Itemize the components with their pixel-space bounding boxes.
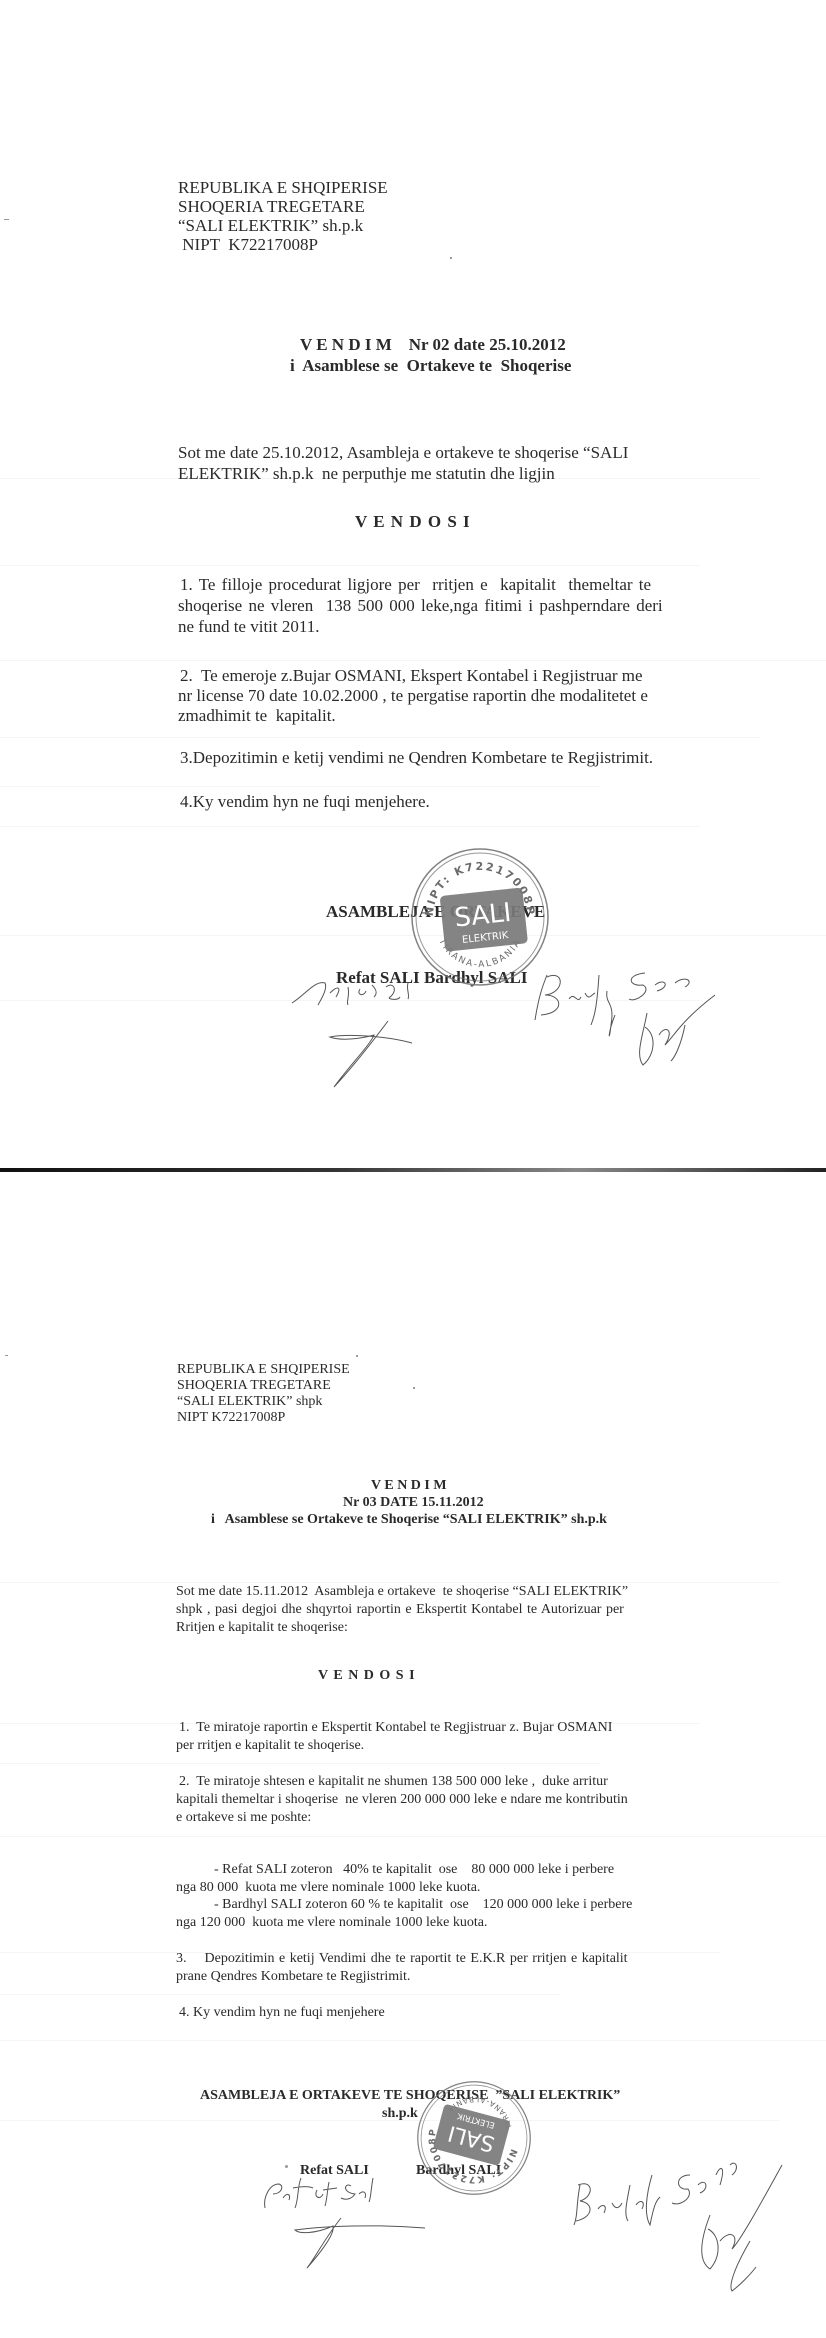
decides-heading: V E N D O S I <box>355 512 471 531</box>
header-company-name: “SALI ELEKTRIK” shpk <box>177 1394 322 1410</box>
decision-title: V E N D I M <box>371 1478 447 1494</box>
assembly-label: ASAMBLEJA E ORTAKEVE TE SHOQERISE ”SALI … <box>200 2088 620 2104</box>
item-line: 1. Te miratoje raportin e Ekspertit Kont… <box>179 1720 612 1736</box>
header-country: REPUBLIKA E SHQIPERISE <box>178 178 388 197</box>
item-line: e ortakeve si me poshte: <box>176 1810 311 1826</box>
decides-heading: V E N D O S I <box>318 1668 416 1684</box>
item-line: shoqerise ne vleren 138 500 000 leke,nga… <box>178 596 663 615</box>
decision-item-4: 4.Ky vendim hyn ne fuqi menjehere. <box>180 792 430 811</box>
header-country: REPUBLIKA E SHQIPERISE <box>177 1362 350 1378</box>
decision-item-3: 3.Depozitimin e ketij vendimi ne Qendren… <box>180 748 653 767</box>
shareholder-bardhyl-line: nga 120 000 kuota me vlere nominale 1000… <box>176 1915 487 1931</box>
shareholder-refat-line: - Refat SALI zoteron 40% te kapitalit os… <box>214 1862 614 1878</box>
signature-refat <box>255 2168 435 2278</box>
item-line: kapitali themeltar i shoqerise ne vleren… <box>176 1792 628 1808</box>
header-company-name: “SALI ELEKTRIK” sh.p.k <box>178 216 363 235</box>
signature-bardhyl <box>560 2145 790 2295</box>
header-nipt: NIPT K72217008P <box>178 235 318 254</box>
shareholder-bardhyl-line: - Bardhyl SALI zoteron 60 % te kapitalit… <box>214 1897 632 1913</box>
intro-line: Sot me date 15.11.2012 Asambleja e ortak… <box>176 1584 628 1600</box>
decision-item-4: 4. Ky vendim hyn ne fuqi menjehere <box>179 2005 385 2021</box>
shareholder-refat-line: nga 80 000 kuota me vlere nominale 1000 … <box>176 1880 480 1896</box>
item-line: nr license 70 date 10.02.2000 , te perga… <box>178 686 648 705</box>
item-line: per rritjen e kapitalit te shoqerise. <box>176 1738 364 1754</box>
svg-text:SALI: SALI <box>453 898 513 934</box>
decision-subtitle: i Asamblese se Ortakeve te Shoqerise <box>290 356 571 375</box>
item-line: 3. Depozitimin e ketij Vendimi dhe te ra… <box>176 1951 628 1967</box>
decision-title: V E N D I M Nr 02 date 25.10.2012 <box>300 335 566 354</box>
intro-line: ELEKTRIK” sh.p.k ne perputhje me statuti… <box>178 464 555 483</box>
item-line: 2. Te emeroje z.Bujar OSMANI, Ekspert Ko… <box>180 666 643 685</box>
item-line: 1. Te filloje procedurat ligjore per rri… <box>180 575 651 594</box>
signature-bardhyl <box>525 965 725 1075</box>
item-line: ne fund te vitit 2011. <box>178 617 320 636</box>
item-line: 2. Te miratoje shtesen e kapitalit ne sh… <box>179 1774 608 1790</box>
header-company-type: SHOQERIA TREGETARE <box>177 1378 331 1394</box>
decision-number: Nr 03 DATE 15.11.2012 <box>343 1495 484 1511</box>
intro-line: Sot me date 25.10.2012, Asambleja e orta… <box>178 443 628 462</box>
header-company-type: SHOQERIA TREGETARE <box>178 197 365 216</box>
signature-refat <box>290 975 440 1095</box>
decision-subtitle: i Asamblese se Ortakeve te Shoqerise “SA… <box>211 1512 607 1528</box>
intro-line: Rritjen e kapitalit te shoqerise: <box>176 1620 348 1636</box>
item-line: prane Qendres Kombetare te Regjistrimit. <box>176 1969 410 1985</box>
item-line: zmadhimit te kapitalit. <box>178 706 336 725</box>
intro-line: shpk , pasi degjoi dhe shqyrtoi raportin… <box>176 1602 624 1618</box>
header-nipt: NIPT K72217008P <box>177 1410 285 1426</box>
